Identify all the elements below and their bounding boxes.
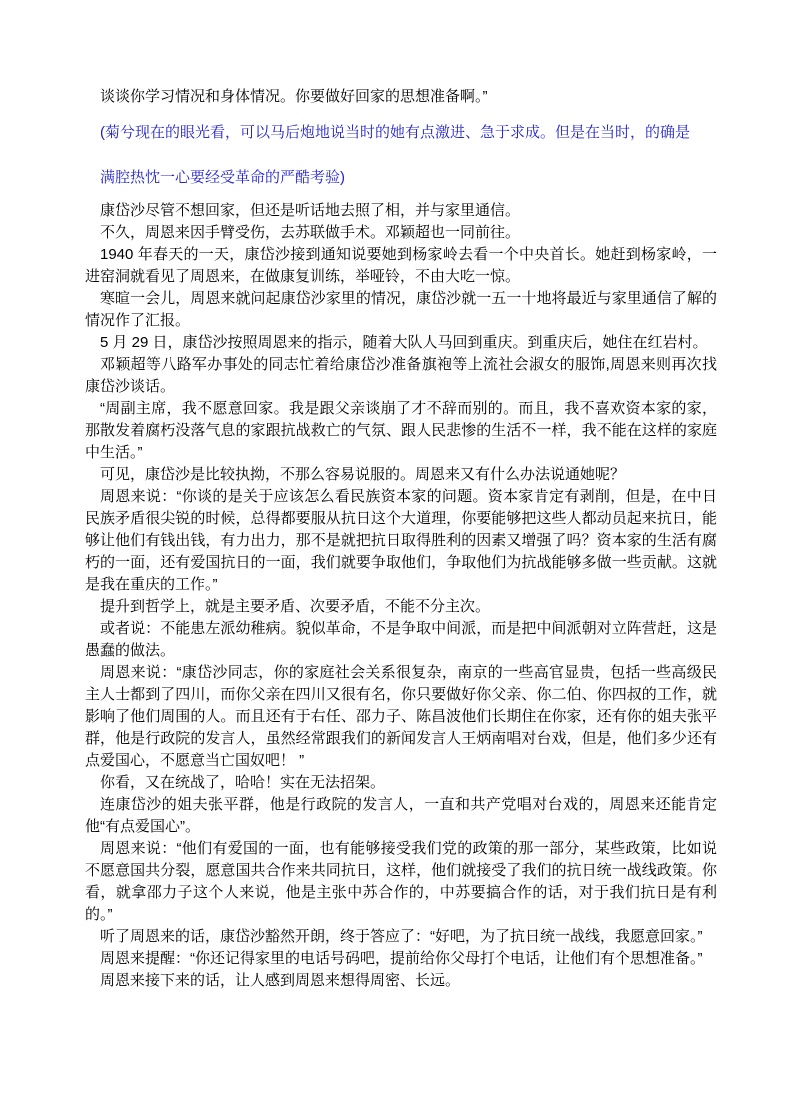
paragraph: 周恩来说：“康岱沙同志，你的家庭社会关系很复杂，南京的一些高官显贵，包括一些高级… xyxy=(85,662,717,772)
paragraph: 邓颖超等八路军办事处的同志忙着给康岱沙准备旗袍等上流社会淑女的服饰,周恩来则再次… xyxy=(85,354,717,398)
paragraph: 或者说：不能患左派幼稚病。貌似革命，不是争取中间派，而是把中间派朝对立阵营赶，这… xyxy=(85,618,717,662)
paragraph: 周恩来提醒：“你还记得家里的电话号码吧，提前给你父母打个电话，让他们有个思想准备… xyxy=(85,948,717,970)
paragraph: 提升到哲学上，就是主要矛盾、次要矛盾，不能不分主次。 xyxy=(85,596,717,618)
paragraph: 可见，康岱沙是比较执拗，不那么容易说服的。周恩来又有什么办法说通她呢？ xyxy=(85,464,717,486)
annotation-comment: (菊兮现在的眼光看，可以马后炮地说当时的她有点激进、急于求成。但是在当时，的确是… xyxy=(85,122,717,189)
document-body: 康岱沙尽管不想回家，但还是听话地去照了相，并与家里通信。不久，周恩来因手臂受伤，… xyxy=(85,200,717,992)
annotation-line-1: (菊兮现在的眼光看，可以马后炮地说当时的她有点激进、急于求成。但是在当时，的确是 xyxy=(85,122,717,144)
paragraph: 5 月 29 日，康岱沙按照周恩来的指示，随着大队人马回到重庆。到重庆后，她住在… xyxy=(85,332,717,354)
paragraph: 连康岱沙的姐夫张平群，他是行政院的发言人，一直和共产党唱对台戏的，周恩来还能肯定… xyxy=(85,794,717,838)
paragraph: 寒暄一会儿，周恩来就问起康岱沙家里的情况，康岱沙就一五一十地将最近与家里通信了解… xyxy=(85,288,717,332)
paragraph: 周恩来接下来的话，让人感到周恩来想得周密、长远。 xyxy=(85,970,717,992)
document-page: 谈谈你学习情况和身体情况。你要做好回家的思想准备啊。” (菊兮现在的眼光看，可以… xyxy=(0,0,800,1100)
paragraph: 不久，周恩来因手臂受伤，去苏联做手术。邓颖超也一同前往。 xyxy=(85,222,717,244)
paragraph: 听了周恩来的话，康岱沙豁然开朗，终于答应了：“好吧，为了抗日统一战线，我愿意回家… xyxy=(85,926,717,948)
paragraph: 周恩来说：“你谈的是关于应该怎么看民族资本家的问题。资本家肯定有剥削，但是，在中… xyxy=(85,486,717,596)
paragraph: “周副主席，我不愿意回家。我是跟父亲谈崩了才不辞而别的。而且，我不喜欢资本家的家… xyxy=(85,398,717,464)
annotation-line-2: 满腔热忱一心要经受革命的严酷考验) xyxy=(85,167,717,189)
lead-paragraph: 谈谈你学习情况和身体情况。你要做好回家的思想准备啊。” xyxy=(85,86,717,108)
paragraph: 康岱沙尽管不想回家，但还是听话地去照了相，并与家里通信。 xyxy=(85,200,717,222)
paragraph: 你看，又在统战了，哈哈！实在无法招架。 xyxy=(85,772,717,794)
paragraph: 1940 年春天的一天，康岱沙接到通知说要她到杨家岭去看一个中央首长。她赶到杨家… xyxy=(85,244,717,288)
paragraph: 周恩来说：“他们有爱国的一面，也有能够接受我们党的政策的那一部分，某些政策，比如… xyxy=(85,838,717,926)
